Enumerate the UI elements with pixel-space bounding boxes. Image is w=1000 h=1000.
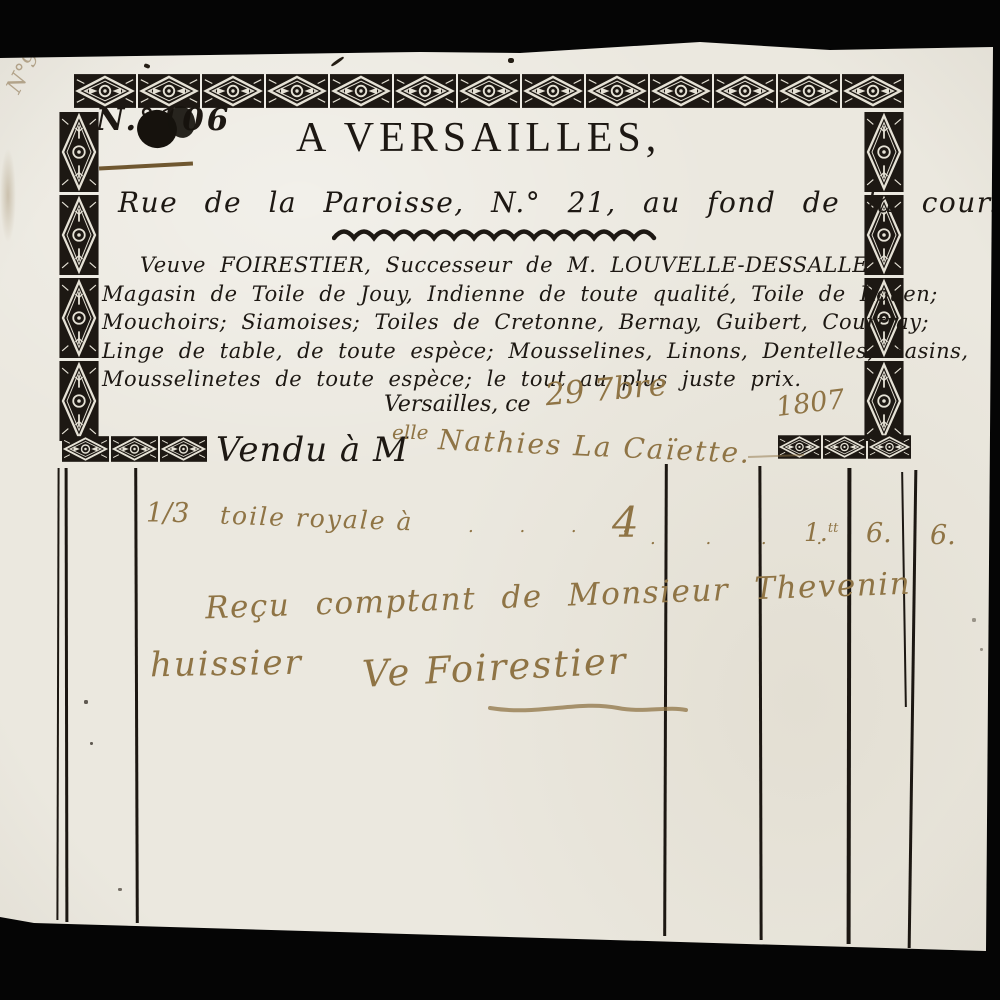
edge-smudge-stain [0,148,16,243]
border-ornament-icon [778,73,840,109]
border-ornament-icon [57,361,101,441]
border-ornament-icon [62,431,109,467]
border-ornament-icon [778,429,821,465]
entry-livres-superscript: tt [828,521,838,536]
border-ornament-icon [394,73,456,109]
column-rule [908,470,918,948]
border-ornament-icon [111,431,158,467]
notice-paragraph: Veuve FOIRESTIER, Successeur de M. LOUVE… [102,251,897,394]
border-ornament-icon [868,429,911,465]
ink-speck [330,56,344,67]
ink-speck [972,618,976,622]
receipt-note-line1: Reçu comptant de Monsieur Thevenin [205,566,912,627]
border-ornament-icon [458,73,520,109]
notice-line: Mouchoirs; Siamoises; Toiles de Cretonne… [102,308,897,337]
entry-description: toile royale à [220,501,414,537]
entry-livres-value: 1. [804,518,828,547]
border-ornament-icon [57,195,101,275]
border-ornament-icon [650,73,712,109]
border-ornament-icon [862,112,906,192]
ink-speck [980,648,983,651]
masthead-title: A VERSAILLES, [296,114,661,162]
border-ornament-icon [330,73,392,109]
masthead-address: Rue de la Paroisse, N.° 21, au fond de l… [118,186,999,219]
ink-speck [84,700,88,704]
notice-line: Mousselinetes de toute espèce; le tout a… [102,365,897,394]
ink-speck [90,742,93,745]
notice-line: Magasin de Toile de Jouy, Indienne de to… [102,280,897,309]
notice-line: Veuve FOIRESTIER, Successeur de M. LOUVE… [102,251,897,280]
border-bottom-right-ornament-strip [778,429,911,465]
column-rule [134,468,139,923]
ink-speck [508,58,514,63]
border-ornament-icon [842,73,904,109]
ink-speck [143,63,150,69]
border-ornament-icon [714,73,776,109]
sold-to-superscript: elle [392,420,428,444]
dateline-printed: Versailles, ce [384,392,531,417]
entry-sous: 6. [866,518,892,549]
faint-corner-scribble: N°9 [2,47,45,98]
receipt-note-line2: huissier [150,643,304,686]
sold-to-printed: Vendu à M [216,430,409,470]
border-ornament-icon [57,112,101,192]
notice-line: Linge de table, de toute espèce; Moussel… [102,337,897,366]
invoice-paper: N°9 N.°106 A VERSAILLES, Rue de la Paroi… [0,0,1000,1000]
column-rule [65,468,69,922]
entry-livres: 1.tt [804,518,838,547]
border-ornament-icon [160,431,207,467]
entry-quantity: 1/3 [146,498,189,529]
border-bottom-left-ornament-strip [62,431,207,467]
ink-speck [118,888,122,891]
border-ornament-icon [57,278,101,358]
squiggle-divider [332,226,662,244]
column-rule [847,468,852,944]
sold-to-name-handwritten: Nathies La Caïette. [437,423,751,470]
border-ornament-icon [266,73,328,109]
document-number-underline [99,162,193,171]
border-left-ornament-strip [57,112,101,441]
border-ornament-icon [586,73,648,109]
entry-deniers: 6. [930,520,956,551]
border-ornament-icon [823,429,866,465]
signature: Ve Foirestier [361,639,628,696]
signature-flourish [488,700,688,718]
border-ornament-icon [522,73,584,109]
column-rule [56,468,59,920]
scan-background: N°9 N.°106 A VERSAILLES, Rue de la Paroi… [0,0,1000,1000]
entry-amount: 4 [612,498,639,547]
